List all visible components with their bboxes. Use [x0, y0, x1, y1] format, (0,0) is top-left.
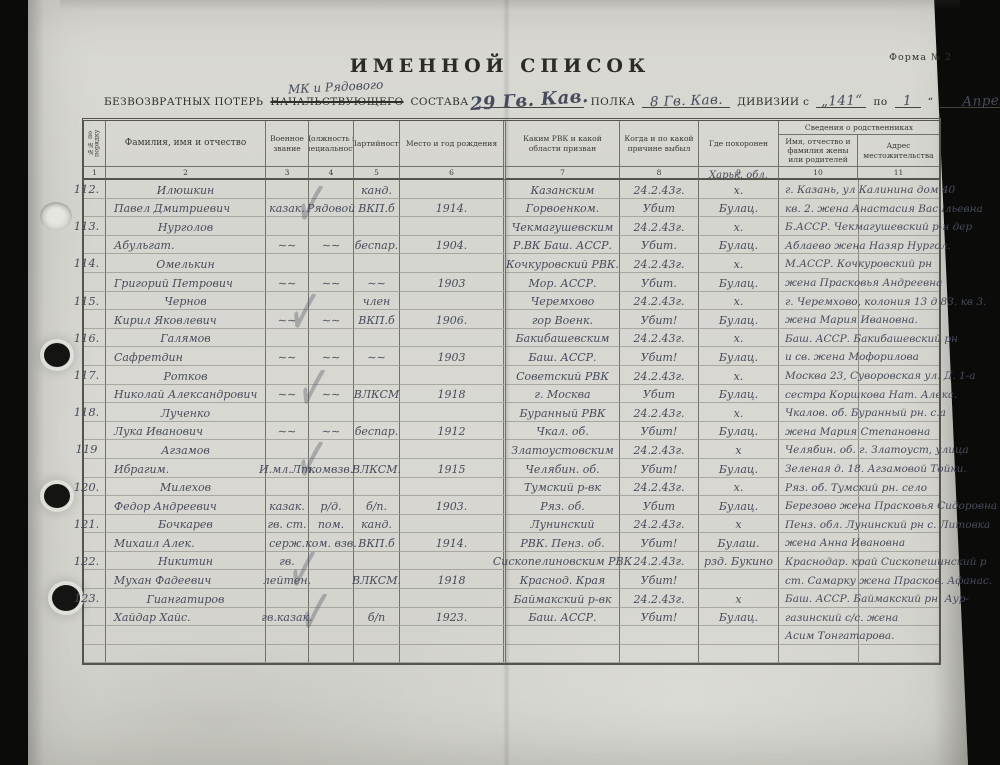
- row-number: 120.: [84, 478, 106, 497]
- date-from-blank: „141“: [816, 91, 866, 108]
- row-number: 123.: [84, 589, 106, 608]
- rvk-cell-text: Р.ВК Баш. АССР.: [513, 240, 612, 253]
- relatives-cell-text: жена Мария Степановна: [785, 427, 930, 440]
- party-cell: [354, 440, 400, 459]
- when-cell: 24.2.43г.: [620, 329, 699, 348]
- hw-date-to: 1: [903, 93, 913, 109]
- party-cell: [354, 552, 400, 571]
- relatives-cell-text: ст. Самарку жена Прасков. Афанас.: [785, 576, 992, 589]
- surname-cell: Омелькин: [106, 254, 266, 273]
- col-number: 3: [266, 167, 309, 180]
- rvk-cell-text: Лунинский: [530, 519, 594, 532]
- table-row: [84, 645, 939, 664]
- party-cell: ВЛКСМ: [354, 385, 400, 404]
- birth-cell: [400, 366, 506, 385]
- buried-cell: х.: [699, 329, 779, 348]
- row-number: 121.: [84, 515, 106, 534]
- position-cell: комвзв.: [309, 459, 354, 478]
- rank-cell: ∼∼: [266, 385, 309, 404]
- table-row: Абульгат.∼∼∼∼беспар.1904.Р.ВК Баш. АССР.…: [84, 236, 939, 255]
- relatives-cell: жена Прасковья Андреевна: [779, 273, 939, 292]
- name-cell-text: Хайдар Хайс.: [114, 612, 191, 625]
- position-cell: р/д.: [309, 496, 354, 515]
- table-row: 118.ЛученкоБуранный РВК24.2.43г.х.Чкалов…: [84, 403, 939, 422]
- rank-cell: [266, 403, 309, 422]
- relatives-cell-text: жена Анна Ивановна: [785, 538, 905, 551]
- rvk-cell: Баш. АССР.: [506, 608, 620, 627]
- division-blank: 8 Гв. Кав.: [642, 91, 730, 108]
- position-cell: [309, 180, 354, 199]
- when-cell-text: 24.2.43г.: [633, 185, 684, 198]
- col-header-address: Адрес местожительства: [858, 135, 939, 166]
- document-title: ИМЕННОЙ СПИСОК: [200, 55, 800, 77]
- relatives-cell: жена Мария Ивановна.: [779, 310, 939, 329]
- subtitle-polka: ПОЛКА: [591, 96, 636, 108]
- position-cell: [309, 589, 354, 608]
- birth-cell-text: 1923.: [436, 612, 468, 625]
- party-cell-text: ВЛКСМ: [354, 389, 399, 402]
- buried-cell-text: х.: [734, 296, 744, 309]
- when-cell-text: 24.2.43г.: [633, 222, 684, 235]
- rank-cell: казак.: [266, 496, 309, 515]
- table-row: Кирил Яковлевич∼∼∼∼ВКП.б1906.гор Военк.У…: [84, 310, 939, 329]
- party-cell: [354, 478, 400, 497]
- table-row: 113.НурголовЧекмагушевским24.2.43г.х.Б.А…: [84, 217, 939, 236]
- position-cell: [309, 329, 354, 348]
- row-number-text: 117.: [74, 370, 100, 384]
- rvk-cell-text: Челябин. об.: [525, 464, 599, 477]
- relatives-group-label: Сведения о родственниках: [779, 121, 939, 135]
- rvk-cell: Ряз. об.: [506, 496, 620, 515]
- name-cell: Григорий Петрович: [106, 273, 266, 292]
- empty-cell: [309, 645, 354, 664]
- table-row: Ибрагим.И.мл.Лт.комвзв.ВЛКСМ.1915Челябин…: [84, 459, 939, 478]
- rvk-cell: Р.ВК Баш. АССР.: [506, 236, 620, 255]
- birth-cell: 1914.: [400, 533, 506, 552]
- surname-cell-text: Лученко: [161, 408, 210, 421]
- rvk-cell-text: Краснод. Края: [520, 575, 606, 588]
- relatives-cell-text: Пенз. обл. Лунинский рн с. Литовка: [785, 520, 990, 533]
- table-row: 112.Илюшкинканд.Казанским24.2.43г.х.Харь…: [84, 180, 939, 199]
- when-cell: 24.2.43г.: [620, 292, 699, 311]
- rvk-cell: Буранный РВК: [506, 403, 620, 422]
- rvk-cell: Лунинский: [506, 515, 620, 534]
- rvk-cell: Кочкуровский РВК.: [506, 254, 620, 273]
- surname-cell: Нурголов: [106, 217, 266, 236]
- rank-cell-text: ∼∼: [278, 352, 296, 365]
- party-cell: беспар.: [354, 236, 400, 255]
- name-cell: Федор Андреевич: [106, 496, 266, 515]
- relatives-cell-text: Челябин. об. г. Златоуст, улица: [785, 445, 969, 458]
- surname-cell: Агзамов: [106, 440, 266, 459]
- relatives-cell-text: кв. 2. жена Анастасия Васильевна: [785, 204, 983, 217]
- relatives-cell: жена Мария Степановна: [779, 422, 939, 441]
- rvk-cell-text: Чкал. об.: [536, 426, 588, 439]
- row-number-text: 123.: [74, 593, 100, 607]
- position-cell: [309, 217, 354, 236]
- name-cell: Николай Александрович: [106, 385, 266, 404]
- empty-cell: [400, 645, 506, 664]
- rvk-cell: Горвоенком.: [506, 199, 620, 218]
- empty-cell: [354, 645, 400, 664]
- col-header-rank: Военное звание: [266, 121, 309, 167]
- rank-cell: [266, 180, 309, 199]
- birth-cell: 1906.: [400, 310, 506, 329]
- row-number: 112.: [84, 180, 106, 199]
- when-cell-text: 24.2.43г.: [633, 594, 684, 607]
- rank-cell-text: лейтен.: [263, 575, 311, 588]
- buried-cell-text: Булац.: [719, 352, 758, 365]
- buried-cell: [699, 570, 779, 589]
- birth-cell-text: 1906.: [436, 315, 468, 328]
- table-header: №№ по порядку Фамилия, имя и отчество Во…: [84, 121, 939, 167]
- birth-cell-text: 1903.: [436, 501, 468, 514]
- rank-cell: [266, 292, 309, 311]
- rvk-cell: Черемхово: [506, 292, 620, 311]
- name-cell: Мухан Фадеевич: [106, 570, 266, 589]
- rvk-cell: Краснод. Края: [506, 570, 620, 589]
- rank-cell: [266, 626, 309, 645]
- struck-text: НАЧАЛЬСТВУЮЩЕГО: [270, 96, 403, 108]
- relatives-cell: г. Черемхово, колония 13 д 83. кв 3.: [779, 292, 939, 311]
- party-cell: ВЛКСМ.: [354, 459, 400, 478]
- when-cell: 24.2.43г.: [620, 515, 699, 534]
- position-cell-text: р/д.: [320, 501, 341, 514]
- name-cell: Абульгат.: [106, 236, 266, 255]
- table-row: Федор Андреевичказак.р/д.б/п.1903.Ряз. о…: [84, 496, 939, 515]
- rvk-cell-text: Баш. АССР.: [528, 352, 596, 365]
- row-number: 113.: [84, 217, 106, 236]
- subtitle-sostava: СОСТАВА: [411, 96, 469, 108]
- rvk-cell-text: Бакибашевским: [516, 333, 610, 346]
- birth-cell: [400, 440, 506, 459]
- party-cell-text: канд.: [361, 185, 392, 198]
- relatives-cell: Краснодар. край Сископешинский р: [779, 552, 939, 571]
- table-row: 115.ЧерновчленЧеремхово24.2.43г.х.г. Чер…: [84, 292, 939, 311]
- empty-cell: [699, 645, 779, 664]
- buried-cell-text: х: [735, 519, 741, 532]
- rank-cell: [266, 589, 309, 608]
- relatives-cell-text: Москва 23, Суворовская ул. Д. 1-а: [785, 371, 976, 384]
- name-cell: Михаил Алек.: [106, 533, 266, 552]
- position-cell-text: ∼∼: [322, 426, 340, 439]
- table-row: Лука Иванович∼∼∼∼беспар.1912Чкал. об.Уби…: [84, 422, 939, 441]
- buried-cell: х: [699, 440, 779, 459]
- rvk-cell-text: Казанским: [531, 185, 595, 198]
- birth-cell: [400, 180, 506, 199]
- relatives-cell: Баш. АССР. Баймакский рн. Аур-: [779, 589, 939, 608]
- position-cell: ∼∼: [309, 422, 354, 441]
- when-cell-text: 24.2.43г.: [633, 296, 684, 309]
- position-cell: [309, 626, 354, 645]
- relatives-cell: М.АССР. Кочкуровский рн: [779, 254, 939, 273]
- col-header-position: Должность и специальность: [309, 121, 354, 167]
- buried-cell-text: Булаш.: [718, 538, 760, 551]
- relatives-cell-text: Чкалов. об. Буранный рн. с.а: [785, 408, 946, 421]
- surname-cell: Никитин: [106, 552, 266, 571]
- surname-cell: Милехов: [106, 478, 266, 497]
- table-row: Павел Дмитриевичказак.РядовойВКП.б1914.Г…: [84, 199, 939, 218]
- buried-cell: Булац.: [699, 422, 779, 441]
- surname-cell-text: Никитин: [158, 556, 213, 569]
- buried-cell: Булац.: [699, 199, 779, 218]
- table-row: 122.Никитингв.Сископелиновским РВК24.2.4…: [84, 552, 939, 571]
- birth-cell-text: 1915: [438, 464, 466, 477]
- position-cell: ∼∼: [309, 310, 354, 329]
- paper-crease-top: [60, 0, 960, 10]
- birth-cell-text: 1903: [438, 278, 466, 291]
- when-cell: 24.2.43г.: [620, 366, 699, 385]
- when-cell-text: Убит: [643, 501, 675, 514]
- relatives-cell: жена Анна Ивановна: [779, 533, 939, 552]
- relatives-cell: Пенз. обл. Лунинский рн с. Литовка: [779, 515, 939, 534]
- relatives-cell: сестра Коршкова Нат. Алекс.: [779, 385, 939, 404]
- row-number: [84, 310, 106, 329]
- surname-cell: Бочкарев: [106, 515, 266, 534]
- party-cell-text: ВЛКСМ.: [352, 575, 401, 588]
- relatives-cell-text: Баш. АССР. Баймакский рн. Аур-: [785, 594, 969, 607]
- rvk-cell: Сископелиновским РВК: [506, 552, 620, 571]
- rvk-cell: Чекмагушевским: [506, 217, 620, 236]
- surname-cell-text: Омелькин: [156, 259, 215, 272]
- birth-cell-text: 1912: [438, 426, 466, 439]
- rank-cell: ∼∼: [266, 236, 309, 255]
- buried-cell-text: х.: [734, 333, 744, 346]
- buried-cell: Булац.: [699, 310, 779, 329]
- party-cell: канд.: [354, 180, 400, 199]
- rvk-cell-text: РВК. Пенз. об.: [520, 538, 604, 551]
- column-numbers-row: 1 2 3 4 5 6 7 8 9 10 11: [84, 167, 939, 180]
- when-cell: Убит!: [620, 608, 699, 627]
- hw-month: Апрель: [962, 92, 1000, 110]
- rank-cell-text: ∼∼: [278, 315, 296, 328]
- col-header-rvk: Каким РВК и какой области призван: [506, 121, 620, 167]
- col-header-party: Партийность: [354, 121, 400, 167]
- month-blank: Апрель: [940, 91, 1000, 108]
- col-header-fio: Фамилия, имя и отчество: [106, 121, 266, 167]
- name-cell-text: Лука Иванович: [114, 426, 203, 439]
- when-cell-text: 24.2.43г.: [633, 259, 684, 272]
- relatives-cell-text: Березово жена Прасковья Сидоровна: [785, 501, 997, 514]
- document-scan: Форма № 2 ИМЕННОЙ СПИСОК БЕЗВОЗВРАТНЫХ П…: [0, 0, 1000, 765]
- row-number: [84, 347, 106, 366]
- birth-cell: 1914.: [400, 199, 506, 218]
- relatives-cell-text: Б.АССР. Чекмагушевский р-н дер: [785, 222, 972, 235]
- position-cell-text: ∼∼: [322, 389, 340, 402]
- party-cell: [354, 254, 400, 273]
- table-row: Николай Александрович∼∼∼∼ВЛКСМ1918г. Мос…: [84, 385, 939, 404]
- rank-cell-text: казак.: [269, 501, 305, 514]
- party-cell-text: ВКП.б: [358, 538, 394, 551]
- birth-cell: [400, 552, 506, 571]
- rank-cell: ∼∼: [266, 347, 309, 366]
- buried-cell-text: Булац.: [719, 501, 758, 514]
- rvk-cell-text: Златоустовским: [511, 445, 613, 458]
- surname-cell-text: Агзамов: [161, 445, 210, 458]
- party-cell: б/п: [354, 608, 400, 627]
- rvk-cell-text: Баш. АССР.: [528, 612, 596, 625]
- party-cell: член: [354, 292, 400, 311]
- relatives-cell: кв. 2. жена Анастасия Васильевна: [779, 199, 939, 218]
- relatives-cell: Челябин. об. г. Златоуст, улица: [779, 440, 939, 459]
- col-header-relative-name: Имя, отчество и фамилия жены или родител…: [779, 135, 858, 166]
- when-cell: Убит!: [620, 422, 699, 441]
- rvk-cell-text: г. Москва: [534, 389, 590, 402]
- buried-region-note: Харьк. обл.: [699, 171, 778, 181]
- buried-cell: Булац.: [699, 273, 779, 292]
- birth-cell-text: 1918: [438, 389, 466, 402]
- buried-cell-text: Булац.: [719, 315, 758, 328]
- position-cell: пом.: [309, 515, 354, 534]
- rank-cell: ∼∼: [266, 310, 309, 329]
- rvk-cell: гор Военк.: [506, 310, 620, 329]
- rank-cell-text: ∼∼: [278, 240, 296, 253]
- position-cell: [309, 254, 354, 273]
- table-row: 123.ГиангатировБаймакский р-вк24.2.43г.х…: [84, 589, 939, 608]
- col-number: 4: [309, 167, 354, 180]
- empty-cell: [266, 645, 309, 664]
- rank-cell: гв.казак.: [266, 608, 309, 627]
- relatives-cell: газинский с/с. жена: [779, 608, 939, 627]
- when-cell: 24.2.43г.: [620, 478, 699, 497]
- party-cell-text: беспар.: [355, 426, 399, 439]
- name-cell-text: Михаил Алек.: [114, 538, 195, 551]
- birth-cell: 1915: [400, 459, 506, 478]
- buried-cell: Булац.: [699, 236, 779, 255]
- name-cell: Ибрагим.: [106, 459, 266, 478]
- rank-cell: ∼∼: [266, 273, 309, 292]
- empty-cell: [779, 645, 939, 664]
- buried-cell: рзд. Букино: [699, 552, 779, 571]
- rvk-cell: Мор. АССР.: [506, 273, 620, 292]
- relatives-cell-text: жена Мария Ивановна.: [785, 315, 918, 328]
- when-cell-text: Убит!: [641, 538, 678, 551]
- when-cell: Убит.: [620, 273, 699, 292]
- when-cell: 24.2.43г.: [620, 180, 699, 199]
- relatives-cell: Чкалов. об. Буранный рн. с.а: [779, 403, 939, 422]
- relatives-cell-text: и св. жена Мофорилова: [785, 352, 919, 365]
- name-cell-text: Павел Дмитриевич: [114, 203, 230, 216]
- birth-cell-text: 1903: [438, 352, 466, 365]
- name-cell: Павел Дмитриевич: [106, 199, 266, 218]
- rvk-cell-text: Буранный РВК: [519, 408, 605, 421]
- buried-cell-text: Булац.: [719, 426, 758, 439]
- rank-cell: казак.: [266, 199, 309, 218]
- row-number-text: 122.: [74, 556, 100, 570]
- party-cell: [354, 366, 400, 385]
- buried-cell: Булац.: [699, 385, 779, 404]
- row-number: [84, 273, 106, 292]
- col-number: 7: [506, 167, 620, 180]
- when-cell-text: 24.2.43г.: [633, 408, 684, 421]
- relatives-cell-text: г. Казань, ул Калинина дом 40: [785, 185, 955, 198]
- position-cell: [309, 608, 354, 627]
- buried-cell-text: х.: [734, 185, 744, 198]
- birth-cell: [400, 217, 506, 236]
- row-number: [84, 459, 106, 478]
- buried-cell-text: х: [735, 445, 741, 458]
- when-cell-text: 24.2.43г.: [633, 333, 684, 346]
- buried-cell: х.: [699, 217, 779, 236]
- buried-cell-text: Булац.: [719, 389, 758, 402]
- col-header-birth: Место и год рождения: [400, 121, 506, 167]
- relatives-cell: Аблаево жена Назяр Нургол.: [779, 236, 939, 255]
- rank-cell-text: казак.: [269, 203, 305, 216]
- when-cell: 24.2.43г.: [620, 440, 699, 459]
- when-cell: Убит!: [620, 570, 699, 589]
- subtitle-line: БЕЗВОЗВРАТНЫХ ПОТЕРЬ НАЧАЛЬСТВУЮЩЕГО МК …: [104, 86, 949, 108]
- party-cell-text: ∼∼: [367, 352, 385, 365]
- table-row: Асим Тонгатарова.: [84, 626, 939, 645]
- rank-cell: ∼∼: [266, 422, 309, 441]
- subtitle-struck-word: НАЧАЛЬСТВУЮЩЕГО МК и Рядового: [270, 96, 403, 108]
- relatives-cell: и св. жена Мофорилова: [779, 347, 939, 366]
- buried-cell: х.: [699, 292, 779, 311]
- rvk-cell: Баймакский р-вк: [506, 589, 620, 608]
- buried-cell: Булаш.: [699, 533, 779, 552]
- row-number: 118.: [84, 403, 106, 422]
- table-row: 114.ОмелькинКочкуровский РВК.24.2.43г.х.…: [84, 254, 939, 273]
- losses-table: №№ по порядку Фамилия, имя и отчество Во…: [82, 118, 941, 665]
- rvk-cell: Тумский р-вк: [506, 478, 620, 497]
- hw-date-from: „141“: [820, 92, 862, 109]
- col-header-relatives-group: Сведения о родственниках Имя, отчество и…: [779, 121, 939, 167]
- when-cell-text: Убит!: [641, 464, 678, 477]
- surname-cell: [106, 626, 266, 645]
- birth-cell-text: 1904.: [436, 240, 468, 253]
- row-number: [84, 608, 106, 627]
- name-cell: Лука Иванович: [106, 422, 266, 441]
- buried-cell: Булац.: [699, 608, 779, 627]
- position-cell: ком. взв.: [309, 533, 354, 552]
- hole-punch: [44, 343, 70, 367]
- row-number-text: 118.: [74, 407, 100, 421]
- party-cell: ∼∼: [354, 347, 400, 366]
- row-number: 116.: [84, 329, 106, 348]
- col-number: 11: [858, 167, 939, 180]
- col-header-buried: Где похоронен: [699, 121, 779, 167]
- row-number: 119: [84, 440, 106, 459]
- when-cell: 24.2.43г.: [620, 589, 699, 608]
- when-cell-text: Убит!: [641, 612, 678, 625]
- row-number: 117.: [84, 366, 106, 385]
- party-cell-text: ВКП.б: [358, 315, 394, 328]
- position-cell: [309, 292, 354, 311]
- empty-cell: [84, 645, 106, 664]
- rank-cell-text: серж.: [269, 538, 305, 551]
- buried-cell-text: х.: [734, 371, 744, 384]
- subtitle-prefix: БЕЗВОЗВРАТНЫХ ПОТЕРЬ: [104, 96, 263, 108]
- when-cell-text: 24.2.43г.: [633, 445, 684, 458]
- when-cell-text: Убит!: [641, 426, 678, 439]
- position-cell: [309, 440, 354, 459]
- surname-cell: Илюшкин: [106, 180, 266, 199]
- birth-cell: 1923.: [400, 608, 506, 627]
- surname-cell-text: Милехов: [160, 482, 211, 495]
- date-to-blank: 1: [895, 91, 921, 108]
- when-cell: 24.2.43г.: [620, 403, 699, 422]
- name-cell-text: Федор Андреевич: [114, 501, 217, 514]
- position-cell-text: Рядовой: [307, 203, 355, 216]
- surname-cell: Чернов: [106, 292, 266, 311]
- party-cell-text: ВЛКСМ.: [352, 464, 401, 477]
- birth-cell: [400, 589, 506, 608]
- buried-cell: Булац.: [699, 347, 779, 366]
- birth-cell: 1912: [400, 422, 506, 441]
- party-cell-text: б/п: [368, 612, 386, 625]
- relatives-cell: г. Казань, ул Калинина дом 40: [779, 180, 939, 199]
- col-number: 6: [400, 167, 506, 180]
